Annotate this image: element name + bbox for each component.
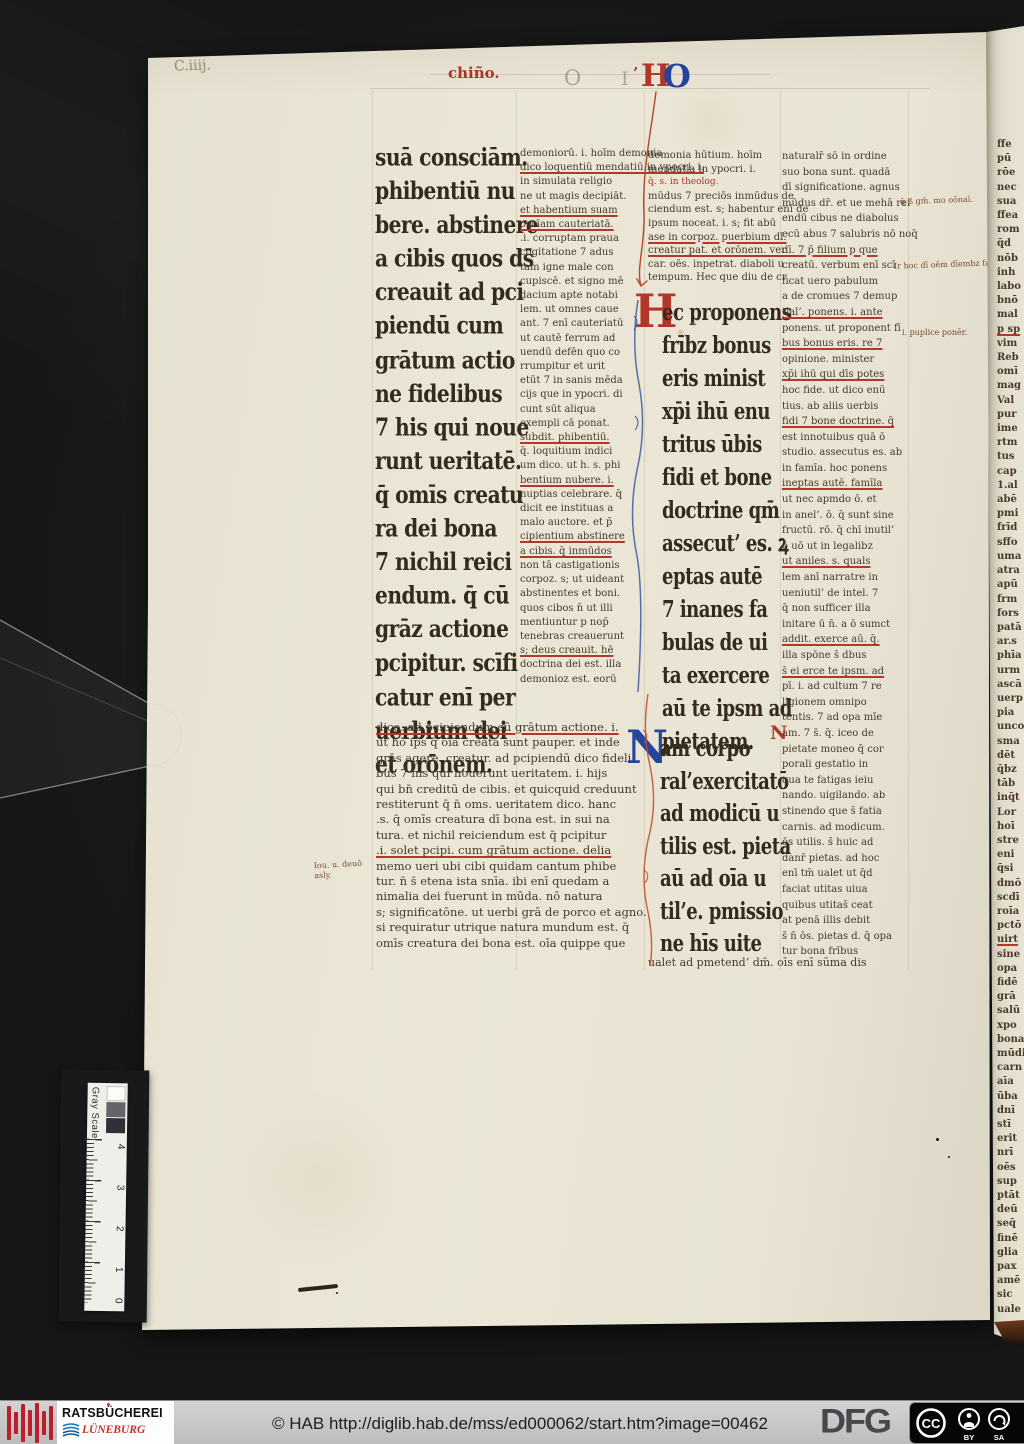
text-line: ut aniles. s. quals <box>782 554 906 570</box>
text-line: dicit ee instituas a <box>520 502 646 516</box>
text-line: suo bona sunt. quadā <box>782 165 906 181</box>
text-line: .i. corruptam praua <box>520 232 646 246</box>
stain-spot <box>678 330 683 335</box>
text-line: pctō <box>997 919 1024 933</box>
text-line: nrī <box>997 1146 1024 1160</box>
text-line: danr̄ pietas. ad hoc <box>782 851 906 867</box>
text-line: ne hīs uite <box>660 927 772 959</box>
text-line: q̄. s. in theolog. <box>648 176 788 190</box>
dfg-logo: DFG <box>820 1401 890 1441</box>
attribution-bar: RATSBÜCHEREI LÜNEBURG © HAB http://digli… <box>0 1400 1024 1444</box>
library-name-part: CHEREI <box>114 1406 162 1420</box>
sa-text: SA <box>994 1433 1005 1442</box>
margin-note-right: q̄ ß gm̄. mo oōnaī. <box>900 195 973 207</box>
text-line: bus bonus eris. re 7 <box>782 336 906 352</box>
text-line: tius. ab aliis uerbis <box>782 399 906 415</box>
text-line: eni <box>997 848 1024 862</box>
library-name-umlaut: Ü <box>105 1406 114 1420</box>
text-column-center-large2: am corporal’exercitatōad modicū utilis e… <box>660 732 772 959</box>
offset-ghost-letter: O <box>564 66 581 90</box>
text-line: bnō <box>997 294 1024 308</box>
text-line: pietate moneo q̄ cor <box>782 742 906 758</box>
text-line: aīa <box>997 1075 1024 1089</box>
text-line: s; significatōne. ut uerbi grā de porco … <box>376 905 648 920</box>
text-line: ligionem omnipo <box>782 695 906 711</box>
text-line: tial’. ponens. i. ante <box>782 305 906 321</box>
text-line: tura. et nichil reiciendum est q̄ pcipit… <box>376 828 648 843</box>
facing-page-text: ffepūrōenecsuaffearomq̄dnōbinhlabobnōmal… <box>997 138 1024 1318</box>
text-line: q̄si <box>997 862 1024 876</box>
text-line: q̄ non sufficer illa <box>782 601 906 617</box>
gray-patches <box>106 1086 126 1134</box>
book-fan-icon <box>62 1423 80 1437</box>
text-line: urm <box>997 664 1024 678</box>
faded-folio-mark: C.iiij. <box>174 57 211 74</box>
text-line: q̄d <box>997 237 1024 251</box>
text-line: abstinentes et boni. <box>520 587 646 601</box>
text-line: bus 7 his qui nouerunt ueritatem. i. hij… <box>376 766 648 781</box>
ruler-number: 0 <box>113 1298 124 1304</box>
text-line: naturalr̄ sō in ordine <box>782 149 906 165</box>
text-line: atra <box>997 564 1024 578</box>
text-line: opinione. minister <box>782 352 906 368</box>
text-line: hoc fide. ut dico enū <box>782 383 906 399</box>
text-line: creatur pat. et orōnem. ver <box>648 244 788 258</box>
text-line: sffo <box>997 536 1024 550</box>
text-line: tenebras creauerunt <box>520 630 646 644</box>
text-line: rom <box>997 223 1024 237</box>
text-line: etūt 7 in sanis mēda <box>520 374 646 388</box>
text-line: um dico. ut h. s. phi <box>520 459 646 473</box>
text-line: grā <box>997 990 1024 1004</box>
text-line: phibentiū nu <box>375 175 515 209</box>
text-line: dmō <box>997 877 1024 891</box>
text-line: omī <box>997 365 1024 379</box>
text-line: apū <box>997 578 1024 592</box>
text-line: p sp <box>997 323 1024 337</box>
text-line: car. oēs. inpetrat. diaboli u <box>648 258 788 272</box>
text-line: ffea <box>997 209 1024 223</box>
text-line: sma <box>997 735 1024 749</box>
text-line: s; deus creauit. hē <box>520 644 646 658</box>
text-line: rtm <box>997 436 1024 450</box>
text-line: q̄ omīs creatu <box>375 478 515 512</box>
text-line: pia <box>997 706 1024 720</box>
running-title-letter-blue: O <box>663 57 691 95</box>
text-line: finē <box>997 1232 1024 1246</box>
ruler-number: 1 <box>114 1267 125 1273</box>
text-line: qua te fatigas ieiu <box>782 773 906 789</box>
text-line: hoī <box>997 820 1024 834</box>
text-line: si requiratur utrique natura mundum est.… <box>376 920 648 935</box>
text-column-center-large: ec proponensfrībz bonuseris ministxp̄i i… <box>662 296 772 758</box>
text-line: bulas de ui <box>662 626 772 659</box>
text-line: non tā castigationis <box>520 559 646 573</box>
text-line: pcipitur. scīfi <box>375 647 515 681</box>
cc-text: CC <box>922 1416 941 1431</box>
text-line: grātum actio <box>375 343 515 377</box>
text-line: dī. 7 p̄ filium p que <box>782 243 906 259</box>
text-line: eptas autē <box>662 560 772 593</box>
text-line: tam igne male con <box>520 261 646 275</box>
grayscale-ruler: Gray Scale 43210 <box>84 1083 128 1312</box>
text-line: est innotuibus quā ō <box>782 430 906 446</box>
text-line: ueniutil’ de intel. 7 <box>782 586 906 602</box>
text-line: frm <box>997 593 1024 607</box>
text-line: exempli cā ponat. <box>520 417 646 431</box>
text-line: inh <box>997 266 1024 280</box>
text-line: pmi <box>997 507 1024 521</box>
text-line: nec <box>997 181 1024 195</box>
text-line: mūdus 7 preciōs inmūdus de <box>648 190 788 204</box>
text-line: am corpo <box>660 732 772 764</box>
text-line: doctrina dei est. illa <box>520 658 646 672</box>
text-line: tur bona frībus <box>782 944 906 960</box>
logo-bar <box>42 1411 46 1435</box>
text-line: lem anī narratre in <box>782 570 906 586</box>
text-line: in famīa. hoc ponens <box>782 461 906 477</box>
text-line: 7 inanes fa <box>662 593 772 626</box>
text-line: inq̄t <box>997 791 1024 805</box>
text-line: cipientium abstinere <box>520 530 646 544</box>
patch-white <box>106 1086 125 1101</box>
text-line: cupiscē. et signo mē <box>520 275 646 289</box>
library-city: LÜNEBURG <box>82 1424 145 1436</box>
cc-by-sa-icons: CC BY SA <box>910 1403 1023 1443</box>
text-line: quos cibos n̄ ut illi <box>520 602 646 616</box>
margin-note-left: Iou. u. deuō asly. <box>314 859 363 881</box>
text-line: sup <box>997 1175 1024 1189</box>
text-line: frīd <box>997 521 1024 535</box>
text-line: creauit ad pci <box>375 276 515 310</box>
text-line: ra dei bona <box>375 512 515 546</box>
text-line: tāb <box>997 777 1024 791</box>
cc-by-sa-badge: CC BY SA <box>909 1402 1024 1444</box>
text-line: oscīam cauteriatā. <box>520 218 646 232</box>
text-line: carn <box>997 1061 1024 1075</box>
text-line: porali gestatio in <box>782 757 906 773</box>
text-line: dacium apte notabi <box>520 289 646 303</box>
text-line: ascā <box>997 678 1024 692</box>
ruler-number: 4 <box>115 1144 126 1150</box>
text-line: dico. ad pcipiendum cū grātum actione. i… <box>376 720 648 735</box>
ink-speck <box>336 1292 338 1294</box>
text-line: abē <box>997 493 1024 507</box>
text-line: unco <box>997 720 1024 734</box>
text-line: dnī <box>997 1104 1024 1118</box>
text-line: demoniorū. i. hoīm demonia <box>520 147 646 161</box>
text-line: tritus ūbis <box>662 428 772 461</box>
text-line: lem. ut omnes caue <box>520 303 646 317</box>
text-line: uale <box>997 1303 1024 1317</box>
text-line: corpoz. s; ut uideant <box>520 573 646 587</box>
text-column-large: suā consciām.phibentiū nubere. abstinere… <box>375 141 515 781</box>
text-line: initare ū n̄. a ō sumct <box>782 617 906 633</box>
text-line: scdī <box>997 891 1024 905</box>
text-line: xp̄i ihū enu <box>662 395 772 428</box>
ruler-number: 2 <box>114 1226 125 1232</box>
text-line: ad modicū u <box>660 797 772 829</box>
text-line: mentiuntur p nop̄ <box>520 616 646 630</box>
text-line: phīa <box>997 649 1024 663</box>
text-line: fidi 7 bone doctrine. q̄ <box>782 414 906 430</box>
text-line: a cibis. q̄ inmūdos <box>520 545 646 559</box>
text-line: mendatia in ypocri. i. <box>648 163 788 177</box>
library-name-part: RATSB <box>62 1406 105 1420</box>
text-line: grās agere. creatur. ad pcipiendū dico f… <box>376 751 648 766</box>
logo-bar <box>21 1404 25 1442</box>
text-line: ptāt <box>997 1189 1024 1203</box>
logo-bar <box>28 1410 32 1436</box>
text-line: ponens. ut proponent fī <box>782 321 906 337</box>
text-line: in anel’. ō. q̄ sunt sine <box>782 508 906 524</box>
logo-bar <box>49 1406 53 1440</box>
text-line: tentis. 7 ad opa mīe <box>782 710 906 726</box>
text-line: til’e. pmissio <box>660 894 772 926</box>
running-header-rubric: chiño. <box>448 64 500 82</box>
text-line: xpo <box>997 1019 1024 1033</box>
text-line: ō uō ut in legalibz <box>782 539 906 555</box>
text-line: pū <box>997 152 1024 166</box>
text-line: subdit. phibentiū. <box>520 431 646 445</box>
text-line: addit. exerce aū. q̄. <box>782 632 906 648</box>
text-line: demonioz est. eorū <box>520 673 646 687</box>
text-line: mūdi <box>997 1047 1024 1061</box>
text-line: tempum. Hec que diu de cr <box>648 271 788 285</box>
copyright-url: © HAB http://diglib.hab.de/mss/ed000062/… <box>190 1414 850 1434</box>
text-line: aū te ipsm ad <box>662 692 772 725</box>
gloss-column-left: demoniorū. i. hoīm demoniadico loquentiū… <box>520 147 646 687</box>
text-line: catur enī per <box>375 680 515 714</box>
text-line: in simulata religio <box>520 175 646 189</box>
text-line: oēs <box>997 1161 1024 1175</box>
text-line: dico loquentiū mendatiū in ypocri. i. <box>520 161 646 175</box>
text-line: opa <box>997 962 1024 976</box>
grayscale-card: Gray Scale 43210 <box>59 1070 150 1323</box>
library-logo: RATSBÜCHEREI LÜNEBURG <box>57 1401 174 1444</box>
text-line: nōb <box>997 252 1024 266</box>
text-line: ecū abus 7 salubris nō noq̄ <box>782 227 906 243</box>
text-line: cunt sūt aliqua <box>520 403 646 417</box>
text-line: 1.al <box>997 479 1024 493</box>
text-line: quibus utitas̄ ceat <box>782 898 906 914</box>
text-line: pī. i. ad cultum 7 re <box>782 679 906 695</box>
text-line: deū <box>997 1203 1024 1217</box>
text-line: 7 his qui noue <box>375 411 515 445</box>
text-line: s̄ n̄ ōs. pietas d. q̄ opa <box>782 929 906 945</box>
text-line: ime <box>997 422 1024 436</box>
text-line: suā consciām. <box>375 141 515 175</box>
scan-viewer: C.iiij. chiño. O I ’ H O suā consciām.ph… <box>0 0 1024 1444</box>
text-line: patā <box>997 621 1024 635</box>
text-line: cap <box>997 465 1024 479</box>
text-line: sine <box>997 948 1024 962</box>
text-line: fidē <box>997 976 1024 990</box>
text-line: cogitatione 7 adus <box>520 246 646 260</box>
text-line: endum. q̄ cū <box>375 579 515 613</box>
text-line: roīa <box>997 905 1024 919</box>
gloss-block-bottom: dico. ad pcipiendum cū grātum actione. i… <box>376 720 648 951</box>
ink-speck <box>948 1156 950 1158</box>
text-line: pax <box>997 1260 1024 1274</box>
red-pen-mark: ’ <box>633 64 638 82</box>
text-line: am. 7 s̄. q̄. iceo de <box>782 726 906 742</box>
text-line: endū cibus ne diabolus <box>782 211 906 227</box>
text-line: tilis est. pieta <box>660 829 772 861</box>
text-line: Lor <box>997 806 1024 820</box>
text-line: grāz actione <box>375 613 515 647</box>
ruler-number: 3 <box>115 1185 126 1191</box>
text-line: ciendum est. s; habentur enī de <box>648 203 788 217</box>
library-city-row: LÜNEBURG <box>62 1423 145 1437</box>
text-line: ineptas autē. famīla <box>782 476 906 492</box>
ruler-ticks <box>84 1139 127 1304</box>
text-line: vim <box>997 337 1024 351</box>
ink-smear <box>298 1284 338 1292</box>
text-line: labo <box>997 280 1024 294</box>
text-line: qui bn̄ creditū de cibis. et quicquid cr… <box>376 782 648 797</box>
text-line: erit <box>997 1132 1024 1146</box>
text-line: fidi et bone <box>662 461 772 494</box>
text-line: ta exercere <box>662 659 772 692</box>
ratsbuecherei-bars-logo <box>7 1404 53 1442</box>
text-line: nando. uigilando. ab <box>782 788 906 804</box>
text-line: stī <box>997 1118 1024 1132</box>
text-line: stre <box>997 834 1024 848</box>
facing-page-edge: ffepūrōenecsuaffearomq̄dnōbinhlabobnōmal… <box>986 26 1024 1344</box>
gloss-block-center: demonia hūtium. hoīmmendatia in ypocri. … <box>648 149 788 285</box>
text-line: fructū. rō. q̄ chī inutil’ <box>782 523 906 539</box>
text-line: doctrine qm̄ <box>662 494 772 527</box>
text-line: amē <box>997 1274 1024 1288</box>
text-line: ffe <box>997 138 1024 152</box>
text-line: demonia hūtium. hoīm <box>648 149 788 163</box>
text-line: enī tm̄ ualet ut q̄d <box>782 866 906 882</box>
text-line: uendū defēn quo co <box>520 346 646 360</box>
text-line: a de cromues 7 demup <box>782 289 906 305</box>
text-line: creatū. verbum enī scī <box>782 258 906 274</box>
text-line: .s. q̄ omīs creatura dī bona est. in sui… <box>376 812 648 827</box>
text-line: a cibis quos ds̄ <box>375 242 515 276</box>
text-line: ne fidelibus <box>375 377 515 411</box>
text-line: studio. assecutus es. ab <box>782 445 906 461</box>
gloss-column-right: naturalr̄ sō in ordinesuo bona sunt. qua… <box>782 149 906 960</box>
text-line: omīs creatura dei bona est. oīa quippe q… <box>376 936 648 951</box>
text-line: fors <box>997 607 1024 621</box>
text-line: rōe <box>997 166 1024 180</box>
text-line: seq̄ <box>997 1217 1024 1231</box>
ruler-numbers: 43210 <box>88 1083 128 1084</box>
text-line: ne ut magis decipiāt. <box>520 190 646 204</box>
text-line: ōs utilis. s̄ huic ad <box>782 835 906 851</box>
stain-spot <box>692 322 696 326</box>
text-line: q̄bz <box>997 763 1024 777</box>
text-line: assecut’ es. ꝝ <box>662 527 772 560</box>
logo-bar <box>7 1406 11 1440</box>
text-line: carnis. ad modicum. <box>782 820 906 836</box>
text-line: tus <box>997 450 1024 464</box>
text-line: mal <box>997 308 1024 322</box>
patch-gray <box>106 1102 125 1117</box>
text-line: aū ad oīa u <box>660 862 772 894</box>
text-line: at penā illis debit <box>782 913 906 929</box>
text-line: ut cautē ferrum ad <box>520 332 646 346</box>
text-line: Val <box>997 394 1024 408</box>
text-line: eris minist <box>662 362 772 395</box>
text-line: nuptias celebrare. q̄ <box>520 488 646 502</box>
text-line: piendū cum <box>375 310 515 344</box>
text-line: nimalia dei fuerunt in mūda. nō natura <box>376 889 648 904</box>
patch-dark <box>106 1118 125 1133</box>
text-line: uerp <box>997 692 1024 706</box>
text-line: mag <box>997 379 1024 393</box>
text-line: glia <box>997 1246 1024 1260</box>
sa-arrow-icon <box>989 1409 1009 1429</box>
text-line: ut hō ip̄s q̄ oīa creata sunt pauper. et… <box>376 735 648 750</box>
text-line: illa spōne s̄ dbus <box>782 648 906 664</box>
text-line: ipsum noceat. i. s; fit abū <box>648 217 788 231</box>
text-line: q̄. loquitium indici <box>520 445 646 459</box>
text-line: memo ueri ubi cibi quidam cantum phibe <box>376 859 648 874</box>
text-line: runt ueritatē. <box>375 444 515 478</box>
column-rule <box>908 90 909 970</box>
text-line: tur. n̄ s̄ etena ista snīa. ibi enī qued… <box>376 874 648 889</box>
manuscript-page: C.iiij. chiño. O I ’ H O suā consciām.ph… <box>70 30 990 1340</box>
page-shadow: C.iiij. chiño. O I ’ H O suā consciām.ph… <box>70 30 990 1340</box>
text-line: mūdus dr̄. et ue mehā rei <box>782 196 906 212</box>
library-name: RATSBÜCHEREI <box>62 1406 163 1420</box>
offset-ghost-letter: I <box>621 68 629 90</box>
text-line: xp̄i ihū qui dīs potes <box>782 367 906 383</box>
margin-note-line: asly. <box>314 869 363 882</box>
text-line: stinendo que s̄ fatia <box>782 804 906 820</box>
logo-bar <box>35 1403 39 1443</box>
text-line: salū <box>997 1004 1024 1018</box>
text-line: ec proponens <box>662 296 772 329</box>
text-line: sua <box>997 195 1024 209</box>
text-line: dēt <box>997 749 1024 763</box>
text-line: malo auctore. et p̄ <box>520 516 646 530</box>
by-text: BY <box>964 1433 974 1442</box>
text-line: ant. 7 enī cauteriatū <box>520 317 646 331</box>
text-line: 7 nichil reici <box>375 545 515 579</box>
text-line: bere. abstinere <box>375 208 515 242</box>
manuscript-photo: C.iiij. chiño. O I ’ H O suā consciām.ph… <box>0 0 1024 1400</box>
text-line: uma <box>997 550 1024 564</box>
text-line: cijs que in ypocri. di <box>520 388 646 402</box>
text-line: .i. solet pcipi. cum grātum actione. del… <box>376 843 648 858</box>
text-line: ficat uero pabulum <box>782 274 906 290</box>
ruler-label: Gray Scale <box>89 1087 101 1139</box>
text-line: sic <box>997 1288 1024 1302</box>
text-line: ase in corpoz. puerbium dī. <box>648 231 788 245</box>
text-line: bona <box>997 1033 1024 1047</box>
margin-note-right: i. puplice ponēr. <box>902 328 967 337</box>
text-line: s̄ ei erce te ipsm. ad <box>782 664 906 680</box>
text-line: bentium nubere. i. <box>520 474 646 488</box>
text-line: ūba <box>997 1090 1024 1104</box>
ink-speck <box>936 1138 939 1141</box>
text-line: uirt <box>997 933 1024 947</box>
text-line: pur <box>997 408 1024 422</box>
text-line: ut nec apmdo ō. et <box>782 492 906 508</box>
text-line: et habentium suam <box>520 204 646 218</box>
text-line: Reb <box>997 351 1024 365</box>
text-line: dī significatione. agnus <box>782 180 906 196</box>
text-line: ar.s <box>997 635 1024 649</box>
column-rule <box>372 90 373 970</box>
logo-bar <box>14 1412 18 1434</box>
